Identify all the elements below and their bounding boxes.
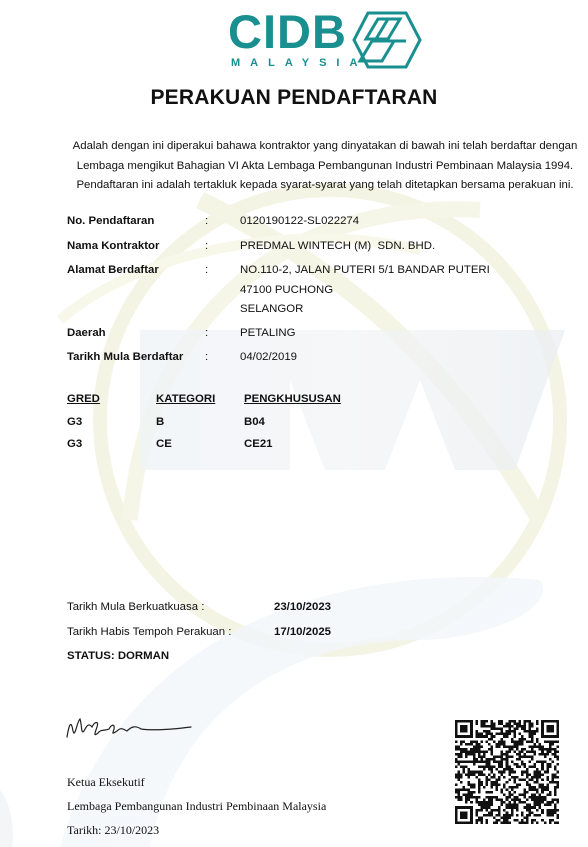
qr-code-icon [455, 720, 559, 824]
column-header-kategori: KATEGORI [156, 393, 215, 405]
cell-pengkhususan: CE21 [244, 438, 273, 450]
cell-gred: G3 [67, 416, 82, 428]
cell-gred: G3 [67, 438, 82, 450]
field-separator: : [205, 240, 208, 252]
field-value: PETALING [240, 324, 296, 344]
column-header-pengkhususan: PENGKHUSUSAN [244, 393, 341, 405]
cidb-logo: CIDB MALAYSIA [228, 8, 424, 70]
field-label: Tarikh Mula Berdaftar [67, 351, 183, 363]
validity-value: 17/10/2025 [274, 626, 331, 638]
column-header-gred: GRED [67, 393, 100, 405]
logo-subtext: MALAYSIA [231, 57, 367, 69]
field-label: Nama Kontraktor [67, 240, 159, 252]
validity-label: Tarikh Habis Tempoh Perakuan : [67, 626, 231, 638]
validity-value: 23/10/2023 [274, 601, 331, 613]
field-value: 0120190122-SL022274 [240, 212, 359, 232]
validity-label-text: Tarikh Habis Tempoh Perakuan [67, 626, 225, 638]
signature-date: Tarikh: 23/10/2023 [67, 823, 159, 838]
logo-text: CIDB [228, 8, 347, 55]
page-title: PERAKUAN PENDAFTARAN [0, 86, 588, 110]
field-value-address: NO.110-2, JALAN PUTERI 5/1 BANDAR PUTERI… [240, 261, 490, 320]
field-label: Daerah [67, 327, 106, 339]
status-badge: STATUS: DORMAN [67, 650, 169, 662]
signer-organization: Lembaga Pembangunan Industri Pembinaan M… [67, 799, 326, 814]
address-line: 47100 PUCHONG [240, 281, 490, 301]
intro-line: Pendaftaran ini adalah tertakluk kepada … [60, 176, 588, 196]
field-label: Alamat Berdaftar [67, 264, 159, 276]
field-separator: : [205, 215, 208, 227]
field-separator: : [205, 327, 208, 339]
validity-label: Tarikh Mula Berkuatkuasa : [67, 601, 204, 613]
cidb-hexagon-mark-icon [350, 11, 422, 69]
validity-separator: : [201, 601, 204, 613]
field-label: No. Pendaftaran [67, 215, 154, 227]
validity-separator: : [228, 626, 231, 638]
field-value: 04/02/2019 [240, 348, 297, 368]
intro-line: Adalah dengan ini diperakui bahawa kontr… [60, 137, 588, 157]
field-separator: : [205, 351, 208, 363]
address-line: SELANGOR [240, 300, 490, 320]
signature-image [65, 713, 195, 743]
intro-line: Lembaga mengikut Bahagian VI Akta Lembag… [60, 157, 588, 177]
certification-statement: Adalah dengan ini diperakui bahawa kontr… [60, 137, 588, 196]
cell-pengkhususan: B04 [244, 416, 265, 428]
signer-title: Ketua Eksekutif [67, 775, 145, 790]
cell-kategori: B [156, 416, 164, 428]
validity-label-text: Tarikh Mula Berkuatkuasa [67, 601, 198, 613]
field-separator: : [205, 264, 208, 276]
field-value: PREDMAL WINTECH (M) SDN. BHD. [240, 237, 435, 257]
cell-kategori: CE [156, 438, 172, 450]
address-line: NO.110-2, JALAN PUTERI 5/1 BANDAR PUTERI [240, 261, 490, 281]
